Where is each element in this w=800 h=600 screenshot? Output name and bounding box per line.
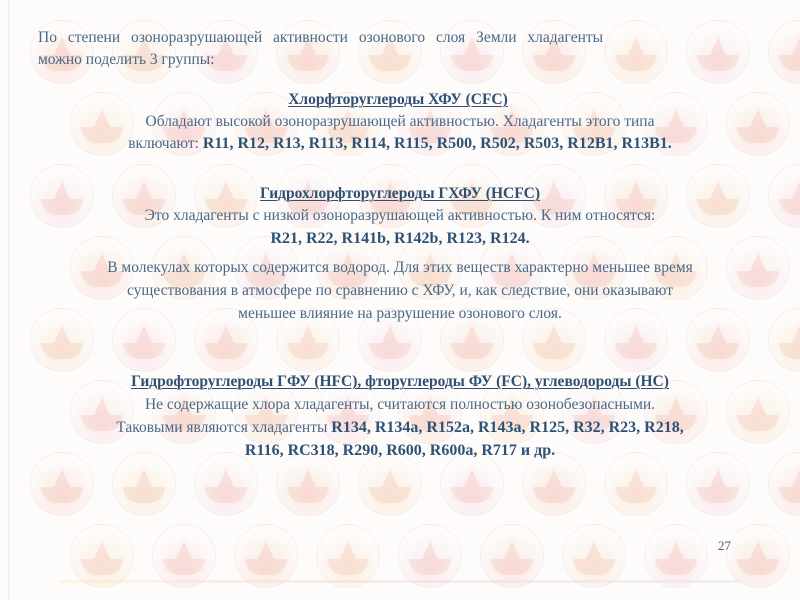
circular-logo-watermark-icon [440, 452, 504, 516]
circular-logo-watermark-icon [276, 452, 340, 516]
cfc-codes: R11, R12, R13, R113, R114, R115, R500, R… [203, 135, 672, 152]
hcfc-section: Гидрохлорфторуглероды ГХФУ (HCFC) [0, 184, 800, 204]
intro-line-1: По степени озоноразрушающей активности о… [38, 28, 603, 48]
circular-logo-watermark-icon [604, 452, 668, 516]
hcfc-codes-line: R21, R22, R141b, R142b, R123, R124. [0, 229, 800, 249]
hfc-section: Гидрофторуглероды ГФУ (HFC), фторуглерод… [0, 372, 800, 392]
hcfc-note-line-3: меньшее влияние на разрушение озонового … [0, 304, 800, 324]
circular-logo-watermark-icon [726, 524, 790, 588]
circular-logo-watermark-icon [686, 20, 750, 84]
circular-logo-watermark-icon [112, 452, 176, 516]
hfc-codes-line-2: R116, RC318, R290, R600, R600a, R717 и д… [0, 441, 800, 461]
hcfc-codes: R21, R22, R141b, R142b, R123, R124. [270, 230, 529, 247]
circular-logo-watermark-icon [768, 20, 800, 84]
hcfc-description: Это хладагенты с низкой озоноразрушающей… [0, 206, 800, 226]
hfc-heading: Гидрофторуглероды ГФУ (HFC), фторуглерод… [131, 373, 669, 390]
circular-logo-watermark-icon [768, 452, 800, 516]
circular-logo-watermark-icon [30, 452, 94, 516]
cfc-codes-line: включают: R11, R12, R13, R113, R114, R11… [0, 134, 800, 154]
document-page: По степени озоноразрушающей активности о… [0, 0, 800, 600]
circular-logo-watermark-icon [194, 452, 258, 516]
circular-logo-watermark-icon [70, 524, 134, 588]
cfc-section: Хлорфторуглероды ХФУ (CFC) [0, 90, 796, 110]
page-number: 27 [718, 538, 731, 554]
circular-logo-watermark-icon [358, 452, 422, 516]
circular-logo-watermark-icon [234, 524, 298, 588]
circular-logo-watermark-icon [316, 524, 380, 588]
circular-logo-watermark-icon [644, 524, 708, 588]
hfc-description: Не содержащие хлора хладагенты, считаютс… [0, 395, 800, 415]
circular-logo-watermark-icon [686, 452, 750, 516]
circular-logo-watermark-icon [398, 524, 462, 588]
hcfc-heading: Гидрохлорфторуглероды ГХФУ (HCFC) [260, 185, 540, 202]
cfc-description: Обладают высокой озоноразрушающей активн… [0, 112, 800, 132]
hcfc-note-line-1: В молекулах которых содержится водород. … [0, 258, 800, 278]
circular-logo-watermark-icon [152, 524, 216, 588]
hfc-codes-2: R116, RC318, R290, R600, R600a, R717 и д… [245, 442, 555, 459]
hfc-codes-prefix: Таковыми являются хладагенты [116, 419, 331, 436]
hfc-codes-line-1: Таковыми являются хладагенты R134, R134a… [0, 418, 800, 438]
circular-logo-watermark-icon [480, 524, 544, 588]
cfc-codes-prefix: включают: [128, 135, 203, 152]
circular-logo-watermark-icon [562, 524, 626, 588]
scan-bottom-band [60, 580, 740, 583]
circular-logo-watermark-icon [522, 452, 586, 516]
intro-line-2: можно поделить 3 группы: [38, 50, 215, 70]
hfc-codes-1: R134, R134a, R152a, R143a, R125, R32, R2… [331, 419, 683, 436]
cfc-heading: Хлорфторуглероды ХФУ (CFC) [288, 91, 508, 108]
hcfc-note-line-2: существования в атмосфере по сравнению с… [0, 281, 800, 301]
circular-logo-watermark-icon [604, 20, 668, 84]
